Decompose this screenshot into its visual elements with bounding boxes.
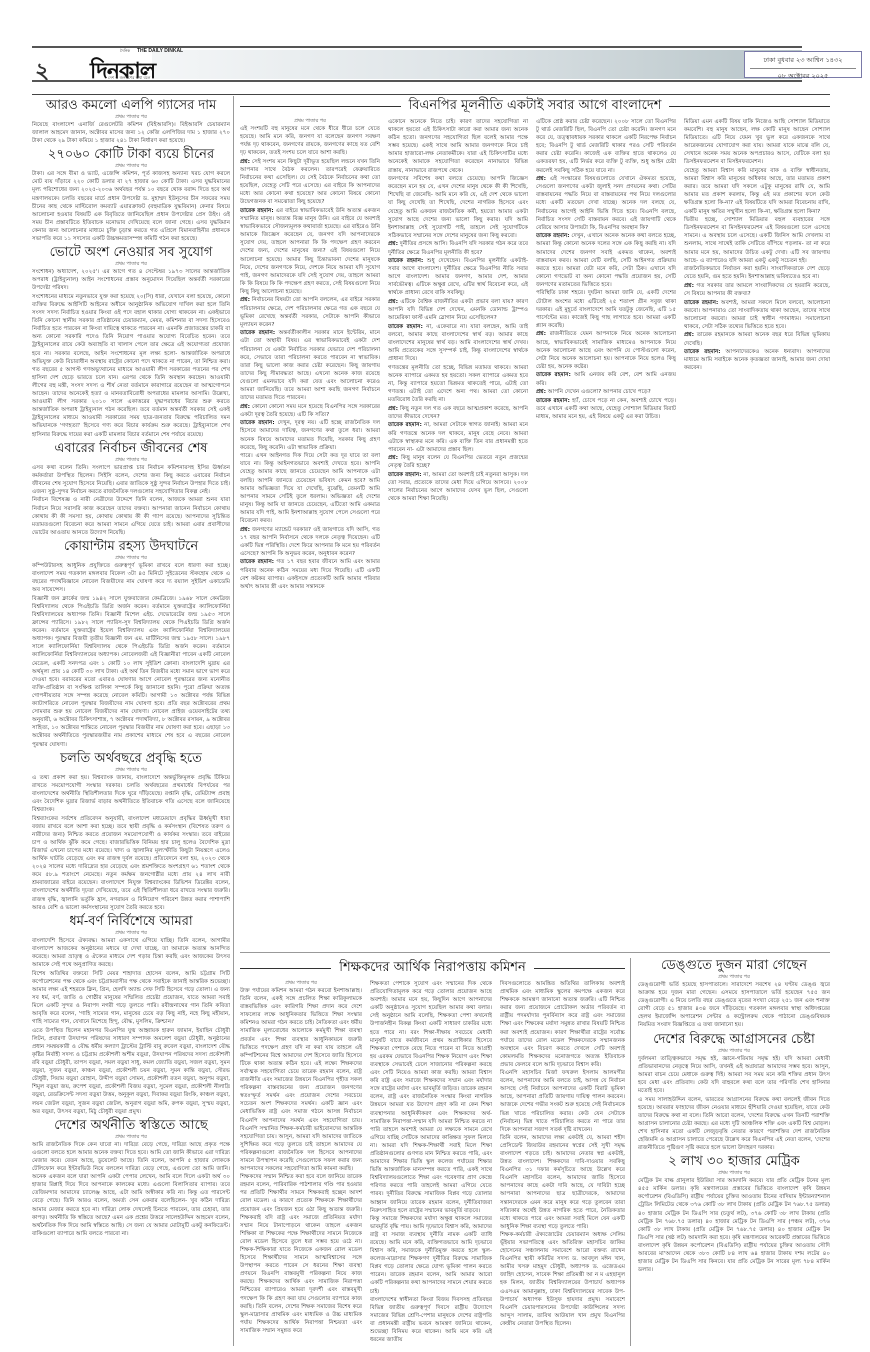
interview-qa-paragraph: প্রশ্ন: নির্বাচনের বিষয়টা তো আপনি বললেন… [240,296,380,328]
teachers-column-2: শিক্ষকতা পেশাকে সুযোগ এবং সম্মানের দিক থ… [370,980,492,1346]
article-paragraph: সংশোধনের মাধ্যমে নতুনভাবে যুক্ত করা হয়ে… [32,293,230,439]
masthead-bottom-rule [32,80,802,82]
interview-qa-paragraph: তারেক রহমান: না, আমরা সেটাকে স্বাগত জানা… [388,421,528,453]
speaker-text: জনগণের ম্যান্ডেট দরকার? ওই জায়গাতে যদি … [240,527,380,557]
speaker-text: দেখুন, এখানে অনেক অনেক কথা বলতে হচ্ছে, আ… [536,233,676,288]
article-paragraph: বিশেষ অতিথির বক্তব্যে সিটি মেয়র শাহাদাত… [32,970,230,1027]
interview-qa-paragraph: প্রশ্ন: দুর্নীতির প্রসঙ্গে আসি। বিএনপি য… [388,240,528,256]
article-paragraph: বাংলাদেশি হিসেবে ঐক্যবদ্ধ। আমরা একসাথে এ… [32,937,230,969]
continued-label: প্রথম পাতার পর [638,1170,830,1177]
interview-qa-paragraph: তারেক রহমান: আমি এনজয় করি বেশ, বেশ আমি … [536,371,676,387]
continued-label: প্রথম পাতার পর [32,163,230,170]
speaker-label: তারেক রহমান: [536,398,570,404]
speaker-label: তারেক রহমান: [240,208,274,214]
article-headline[interactable]: ২৭০৬০ কোটি টাকা ব্যয়ে চীনের [32,147,230,163]
teachers-section-title[interactable]: শিক্ষকদের আর্থিক নিরাপত্তায় কমিশন [331,958,533,979]
column-divider [233,96,234,1346]
interview-qa-paragraph: তারেক রহমান: হ্যাঁ, চোখে পড়ে না কেন, অব… [536,397,676,421]
speaker-text: এটিকে বৈশ্বিক রাজনীতির একটা প্রভাব বলা য… [388,299,528,321]
speaker-label: তারেক রহমান: [388,472,421,478]
interview-column-2: একোনে অনেকে নিতে চাই। কারণ তাদের সহযোগিত… [388,118,528,948]
article-paragraph: দিবসগুলোতে আমন্ত্রিত অতিথির তালিকায় অবশ… [500,980,625,1328]
article-paragraph: ডেঙ্গুরোগী ভর্তি হয়েছে হাসপাতালে। সারাদ… [638,981,830,1030]
article-headline[interactable]: ভোটে অংশ নেওয়ার সব সুযোগ [32,245,230,261]
date-box: ঢাকা বুধবার ২৩ আশ্বিন ১৪৩২ ০৮ অক্টোবর ২০… [744,51,862,78]
speaker-label: প্রশ্ন: [388,406,398,412]
header-rule-left [240,106,401,107]
article-headline[interactable]: ২ লাখ ৩০ হাজার মেট্রিক [638,1154,830,1170]
interview-qa-paragraph: প্রশ্ন: জনগণের ম্যান্ডেট দরকার? ওই জায়গ… [240,526,380,558]
interview-qa-paragraph: প্রশ্ন: কিছু নতুন দল গত এক বছরে আত্মপ্রক… [388,405,528,421]
speaker-label: প্রশ্ন: [536,176,546,182]
interview-qa-paragraph: প্রশ্ন: রাজনীতিতে যেমন আপনাকে নিয়ে অনেক… [536,330,676,370]
article-paragraph: পারে। এখন আইনগত দিক দিয়ে সেটা কত দূর যা… [240,452,380,525]
interview-qa-paragraph: প্রশ্ন: এই সংস্কারের বিষয়গুলোতে যেখানে … [536,175,676,232]
speaker-text: অন্তর্বর্তীকালীন সরকার মানে ইন্টেরিম, মা… [240,330,380,401]
speaker-label: প্রশ্ন: [240,159,250,165]
speaker-label: প্রশ্ন: [240,527,250,533]
speaker-text: সেই সংশয় মনে কিছুটা দূরীভূত হয়েছিল লন্… [240,159,380,205]
article-quantum-nobel[interactable]: কোয়ান্টাম রহস্য উদঘাটনে প্রথম পাতার পর … [32,539,230,749]
speaker-text: নির্বাচনের বিষয়টা তো আপনি বললেন, এর বাই… [240,297,380,327]
teachers-section-header: শিক্ষকদের আর্থিক নিরাপত্তায় কমিশন [240,958,625,978]
continued-label: প্রথম পাতার পর [32,1134,230,1141]
right-column: ডেঙ্গুতে দুজন মারা গেছেন প্রথম পাতার পর … [638,956,830,1346]
interview-qa-paragraph: তারেক রহমান: আপনাদেরকেও অনেক ধন্যবাদ। আপ… [684,348,830,372]
continued-label: প্রথম পাতার পর [32,930,230,937]
page-number: ২ [35,54,49,91]
speaker-text: রাজনীতিতে যেমন আপনাকে নিয়ে অনেক আলোচনা … [536,331,676,369]
continued-label: প্রথম পাতার পর [32,261,230,268]
speaker-label: প্রশ্ন: [536,331,546,337]
article-paragraph: শিক্ষকতা পেশাকে সুযোগ এবং সম্মানের দিক থ… [370,980,492,1344]
article-paragraph: সংশোধন) অধ্যাদেশ, ২০২৫'। এর আগে গত ৪ সেপ… [32,268,230,292]
speaker-text: কোনো কোনো সময় মনে হয়েছে বিএনপির সঙ্গে … [240,404,380,418]
article-paragraph: বিজ্ঞানী জন ক্লার্কের জন্ম ১৯৪২ সালে যুক… [32,595,230,749]
speaker-label: তারেক রহমান: [388,422,422,428]
teachers-column-1: প্রথম পাতার পর উক্ত পর্যায়ের কমিশন আমরা… [240,980,362,1346]
article-growth-forecast[interactable]: চলতি অর্থবছরে প্রবৃদ্ধি হতে প্রথম পাতার … [32,751,230,912]
interview-qa-paragraph: তারেক রহমান: শুধু দেখেছেন। বিএনপির মূলনী… [388,257,528,297]
article-paragraph: বিশ্বব্যাংকের সর্বশেষ প্রতিবেদন অনুযায়ী… [32,815,230,912]
article-paragraph: এ তথ্য প্রকাশ করা হয়। বিশ্বব্যাংক জানায… [32,774,230,814]
speaker-label: প্রশ্ন: [536,389,546,395]
article-headline[interactable]: আরও কমলো এলপি গ্যাসের দাম [32,98,230,114]
header-rule-right [534,968,625,969]
article-headline[interactable]: চলতি অর্থবছরে প্রবৃদ্ধি হতে [32,751,230,767]
interview-section-title[interactable]: বিএনপির মূলনীতি একটাই সবার আগে বাংলাদেশ [401,96,670,117]
interview-column-3: এটিকে শ্রেষ্ঠ করার চেষ্টা করেছেন। ২০০৮ স… [536,118,676,948]
article-last-election[interactable]: এবারের নির্বাচন জীবনের শেষ প্রথম পাতার প… [32,441,230,537]
article-headline[interactable]: কোয়ান্টাম রহস্য উদঘাটনে [32,539,230,555]
speaker-label: তারেক রহমান: [684,300,718,306]
article-religion-unity[interactable]: ধর্ম-বর্ণ নির্বিশেষে আমরা প্রথম পাতার পর… [32,914,230,1116]
speaker-label: তারেক রহমান: [240,420,275,426]
interview-qa-paragraph: প্রশ্ন: আপনি দেখেন এগুলো? আপনার চোখে পড়… [536,388,676,396]
continued-label: প্রথম পাতার পর [32,114,230,121]
article-paragraph: গণতন্ত্রের মূলনীতি তো হচ্ছে, বিভিন্ন মতা… [388,364,528,404]
interview-qa-paragraph: তারেক রহমান: না, আমরা তো অবশ্যই চাই নতুন… [388,471,528,503]
article-paragraph: কম্পিউটারসহ আধুনিক প্রযুক্তিতে গুরুত্বপূ… [32,562,230,594]
speaker-text: দুর্নীতির প্রসঙ্গে আসি। বিএনপি যদি সরকার… [388,241,528,255]
article-paragraph: নিয়েছে বাংলাদেশ এনার্জি রেগুলেটরি কমিশন… [32,121,230,145]
article-economy-stable[interactable]: দেশের অর্থনীতি স্বস্তিতে আছে প্রথম পাতার… [32,1118,230,1238]
interview-qa-paragraph: প্রশ্ন: গত সরকার তার আমলে সাংবাদিকদের যে… [684,282,830,298]
speaker-text: আপনি দেখেন এগুলো? আপনার চোখে পড়ে? [548,389,651,395]
interview-qa-paragraph: প্রশ্ন: সেই সংশয় মনে কিছুটা দূরীভূত হয়… [240,158,380,207]
article-paragraph: এতে উপস্থিত ছিলেন মহানগর বিএনপির যুগ্ম আ… [32,1027,230,1116]
interview-qa-paragraph: প্রশ্ন: কোনো কোনো সময় মনে হয়েছে বিএনপি… [240,403,380,419]
interview-column-1: প্রথম পাতার পর এই সংশয়টি বহু মানুষের মন… [240,118,380,948]
interview-qa-paragraph: প্রশ্ন: এটিকে বৈশ্বিক রাজনীতির একটা প্রভ… [388,298,528,322]
interview-qa-paragraph: প্রশ্ন: তারেক রহমানকে আমরা অনেক বছর ধরে … [684,331,830,347]
article-fertilizer[interactable]: ২ লাখ ৩০ হাজার মেট্রিক প্রথম পাতার পর মে… [638,1154,830,1274]
continued-label: প্রথম পাতার পর [32,457,230,464]
article-paragraph: এ সময় সালাহউদ্দিন বলেন, ভারতের আগ্রাসনে… [638,1096,830,1153]
article-paragraph: উক্ত পর্যায়ের কমিশন আমরা গঠন করবো ইনশাআ… [240,987,362,1335]
speaker-label: তারেক রহমান: [240,559,274,565]
speaker-label: তারেক রহমান: [536,372,571,378]
continued-label: প্রথম পাতার পর [32,555,230,562]
article-paragraph: মেট্রিক টন বাল্ক গ্রানুলার ইউরিয়া সার আ… [638,1177,830,1274]
article-headline[interactable]: এবারের নির্বাচন জীবনের শেষ [32,441,230,457]
article-vote-participation[interactable]: ভোটে অংশ নেওয়ার সব সুযোগ প্রথম পাতার পর… [32,245,230,438]
date-bangla: ঢাকা বুধবার ২৩ আশ্বিন ১৪৩২ [750,52,856,69]
newspaper-logo[interactable]: দৈনিক THE DAILY DINKAL দিনকাল দেশ ও জনগণ… [90,48,190,80]
speaker-label: তারেক রহমান: [240,330,275,336]
article-headline[interactable]: ধর্ম-বর্ণ নির্বিশেষে আমরা [32,914,230,930]
article-paragraph: নির্বাচন বিশেষজ্ঞ ও নারী নেত্রীদের উদ্দে… [32,496,230,536]
section-divider [240,952,830,953]
article-paragraph: এটিকে শ্রেষ্ঠ করার চেষ্টা করেছেন। ২০০৮ স… [536,118,676,175]
continued-label: প্রথম পাতার পর [638,1048,830,1055]
interview-column-4: মিডিয়া এমন একটি বিষয় যাকি নিজেও আছি সো… [684,118,830,948]
speaker-label: প্রশ্ন: [388,455,398,461]
header-rule-left [240,968,331,969]
speaker-label: প্রশ্ন: [240,297,250,303]
interview-qa-paragraph: তারেক রহমান: দেখুন, দূরত্ব নয়। এটি হচ্ছ… [240,419,380,451]
speaker-text: কিছু নতুন দল গত এক বছরে আত্মপ্রকাশ করেছে… [388,406,528,420]
speaker-label: প্রশ্ন: [240,404,250,410]
speaker-label: তারেক রহমান: [388,258,423,264]
continued-label: প্রথম পাতার পর [240,980,362,987]
header-rule-right [669,106,830,107]
continued-label: প্রথম পাতার পর [240,118,380,125]
speaker-label: প্রশ্ন: [388,241,398,247]
speaker-text: তারেক রহমানকে আমরা অনেক বছর ধরে বিভিন্ন … [684,332,830,346]
speaker-label: তারেক রহমান: [536,233,569,239]
interview-qa-paragraph: তারেক রহমান: দেখুন, এখানে অনেক অনেক কথা … [536,232,676,289]
teachers-column-3: দিবসগুলোতে আমন্ত্রিত অতিথির তালিকায় অবশ… [500,980,625,1346]
continued-label: প্রথম পাতার পর [32,767,230,774]
article-paragraph: যেহেতু আমরা বিশ্বাস করি মানুষের বাক ও ব্… [684,167,830,216]
interview-qa-paragraph: তারেক রহমান: অন্তর্বর্তীকালীন সরকার মানে… [240,329,380,402]
speaker-text: এর বাইরে স্বাভাবিকভাবেই উনি অত্যন্ত একজন… [240,208,380,295]
speaker-text: এই সংস্কারের বিষয়গুলোতে যেখানে ঐকমত্য হ… [536,176,676,231]
interview-qa-paragraph: তারেক রহমান: না, একেবারে না। যারা বলছেন,… [388,323,528,363]
article-paragraph: মিডিয়া এমন একটি বিষয় যাকি নিজেও আছি সো… [684,118,830,167]
article-aggression[interactable]: দেশের বিরুদ্ধে আগ্রাসনের চেষ্টা প্রথম পা… [638,1032,830,1153]
article-dengue[interactable]: ডেঙ্গুতে দুজন মারা গেছেন প্রথম পাতার পর … [638,958,830,1030]
article-paragraph: টাকা। এর সঙ্গে বীমা ও ভ্যাট, এজেন্সি কমি… [32,170,230,243]
article-headline[interactable]: ডেঙ্গুতে দুজন মারা গেছেন [638,958,830,974]
speaker-label: প্রশ্ন: [388,299,398,305]
speaker-label: প্রশ্ন: [684,332,694,338]
speaker-label: তারেক রহমান: [388,324,423,330]
interview-qa-paragraph: তারেক রহমান: অবশ্যই, আমরা সকলে মিলে বলবো… [684,299,830,331]
column-divider [630,958,631,1346]
article-paragraph: একোনে অনেকে নিতে চাই। কারণ তাদের সহযোগিত… [388,118,528,175]
speaker-label: প্রশ্ন: [684,283,694,289]
article-headline[interactable]: দেশের অর্থনীতি স্বস্তিতে আছে [32,1118,230,1134]
masthead: ২ দৈনিক THE DAILY DINKAL দিনকাল দেশ ও জন… [32,46,802,83]
interview-qa-paragraph: তারেক রহমান: গত ১৭ বছর হবার জীবনে আমি এব… [240,558,380,590]
article-paragraph: এসব কথা বলেন তিনি। সংলাপে ভারপ্রাপ্ত চার… [32,464,230,496]
interview-qa-paragraph: প্রশ্ন: কিছু মানুষ বলেন যে বিএনপির ভেতরে… [388,454,528,470]
speaker-text: গত সরকার তার আমলে সাংবাদিকদের যে হয়রানি… [684,283,830,297]
article-paragraph: দ্বিতীয় হচ্ছে, সোশ্যাল মিডিয়ার বহুল ব্… [684,216,830,265]
article-paragraph: রাজনৈতিকভাবে নির্যাতন করা হয়নি। সাংবাদি… [684,265,830,281]
article-lpg-price[interactable]: আরও কমলো এলপি গ্যাসের দাম প্রথম পাতার পর… [32,98,230,145]
article-headline[interactable]: দেশের বিরুদ্ধে আগ্রাসনের চেষ্টা [638,1032,830,1048]
interview-qa-paragraph: তারেক রহমান: এর বাইরে স্বাভাবিকভাবেই উনি… [240,207,380,296]
article-paragraph: পরিস্থিতি ঢাকা শহরে। দুর্ঘটনা আমরা জানি … [536,289,676,329]
masthead-gradient-band [152,50,802,79]
article-china-aircraft[interactable]: ২৭০৬০ কোটি টাকা ব্যয়ে চীনের প্রথম পাতার… [32,147,230,243]
interview-section-header: বিএনপির মূলনীতি একটাই সবার আগে বাংলাদেশ [240,96,830,116]
article-paragraph: জনগণের সবিশেষ কথা বলতে চেয়েছে। আপনি জিজ… [388,175,528,240]
article-paragraph: আমি রাজনৈতিক দিকে কেন যাবো না। দারিদ্র্য… [32,1141,230,1238]
logo-main-text: দিনকাল [90,54,155,91]
speaker-text: কিছু মানুষ বলেন যে বিএনপির ভেতরে নতুন প্… [388,455,528,469]
article-paragraph: এই সংশয়টি বহু মানুষের মনে থেকে ধীরে ধীর… [240,125,380,157]
speaker-label: তারেক রহমান: [684,349,721,355]
left-column: আরও কমলো এলপি গ্যাসের দাম প্রথম পাতার পর… [32,96,230,1346]
continued-label: প্রথম পাতার পর [638,974,830,981]
article-paragraph: দুর্বলমনা তাত্ত্বিকভাবে সমৃদ্ধ হই, জ্ঞান… [638,1055,830,1095]
